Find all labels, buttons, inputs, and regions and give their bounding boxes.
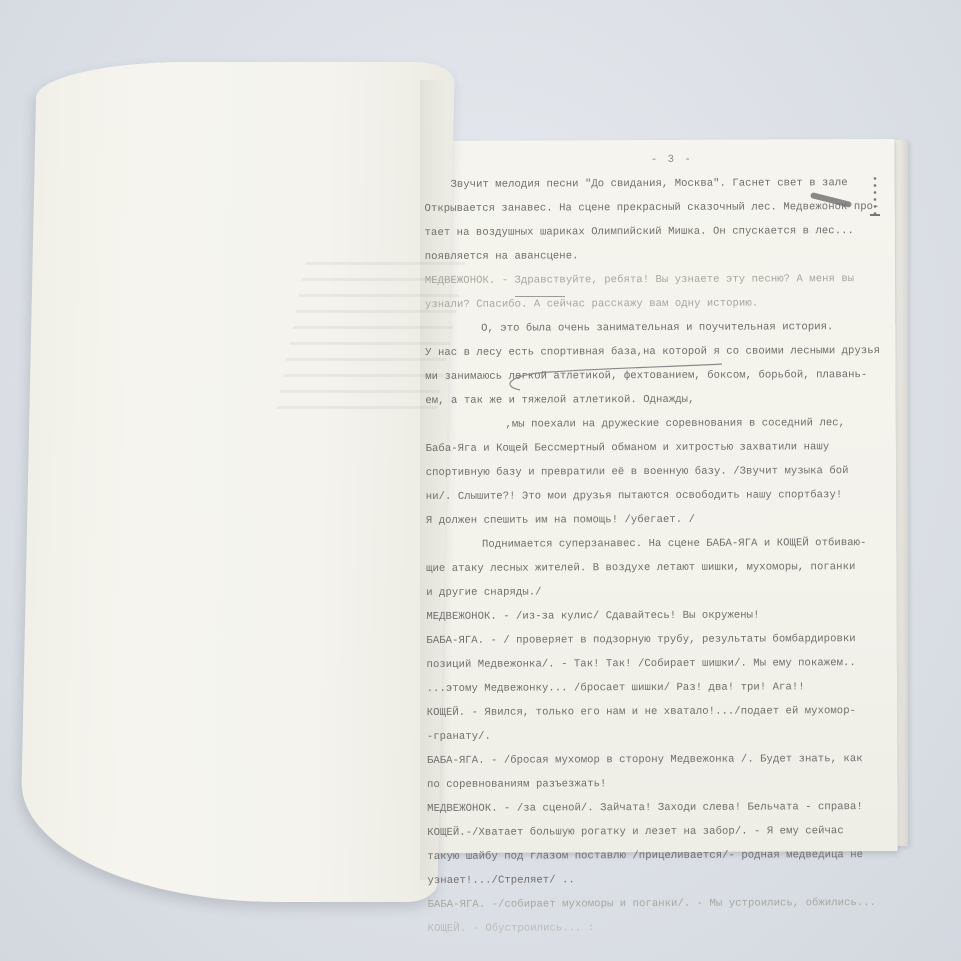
- text-line: появляется на авансцене.: [425, 243, 880, 269]
- text-line: БАБА-ЯГА. - / проверяет в подзорную труб…: [426, 627, 881, 653]
- text-line: О, это была очень занимательная и поучит…: [425, 315, 880, 341]
- typewritten-text: - 3 - Звучит мелодия песни "До свидания,…: [424, 147, 882, 941]
- text-line: ми занимаюсь легкой атлетикой, фехтовани…: [425, 363, 880, 389]
- text-line: спортивную базу и превратили её в военну…: [426, 459, 881, 485]
- text-line: МЕДВЕЖОНОК. - Здравствуйте, ребята! Вы у…: [425, 267, 880, 293]
- text-line: МЕДВЕЖОНОК. - /за сценой/. Зайчата! Захо…: [427, 795, 882, 821]
- text-line: КОЩЕЙ.-/Хватает большую рогатку и лезет …: [427, 819, 882, 845]
- left-page-curled: [19, 62, 455, 902]
- text-line: МЕДВЕЖОНОК. - /из-за кулис/ Сдавайтесь! …: [426, 603, 881, 629]
- text-line: ни/. Слышите?! Это мои друзья пытаются о…: [426, 483, 881, 509]
- text-line: БАБА-ЯГА. - /бросая мухомор в сторону Ме…: [427, 747, 882, 773]
- handwritten-dash-mark: [870, 214, 880, 216]
- text-line: КОЩЕЙ. - Обустроились... :: [428, 915, 883, 941]
- page-number: - 3 -: [424, 147, 879, 173]
- text-line: такую шайбу под глазом поставлю /прицели…: [427, 843, 882, 869]
- text-line: КОЩЕЙ. - Явился, только его нам и не хва…: [427, 699, 882, 725]
- text-line: -гранату/.: [427, 723, 882, 749]
- text-line: БАБА-ЯГА. -/собирает мухоморы и поганки/…: [428, 891, 883, 917]
- text-line: Я должен спешить им на помощь! /убегает.…: [426, 507, 881, 533]
- text-line: Открывается занавес. На сцене прекрасный…: [424, 195, 879, 221]
- text-line: по соревнованиям разъезжать!: [427, 771, 882, 797]
- text-line: узнали? Спасибо. А сейчас расскажу вам о…: [425, 291, 880, 317]
- handwritten-dots-mark: [873, 175, 877, 215]
- text-line: ,мы поехали на дружеские соревнования в …: [425, 411, 880, 437]
- text-line: и другие снаряды./: [426, 579, 881, 605]
- text-line: У нас в лесу есть спортивная база,на кот…: [425, 339, 880, 365]
- text-line: ...этому Медвежонку... /бросает шишки/ Р…: [427, 675, 882, 701]
- text-line: тает на воздушных шариках Олимпийский Ми…: [425, 219, 880, 245]
- text-line: позиций Медвежонка/. - Так! Так! /Собира…: [426, 651, 881, 677]
- text-line: ем, а так же и тяжелой атлетикой. Однажд…: [425, 387, 880, 413]
- pencil-underline-mark: [515, 296, 565, 297]
- text-line: щие атаку лесных жителей. В воздухе лета…: [426, 555, 881, 581]
- text-line: Поднимается суперзанавес. На сцене БАБА-…: [426, 531, 881, 557]
- text-line: узнает!.../Стреляет/ ..: [427, 867, 882, 893]
- text-line: Баба-Яга и Кощей Бессмертный обманом и х…: [426, 435, 881, 461]
